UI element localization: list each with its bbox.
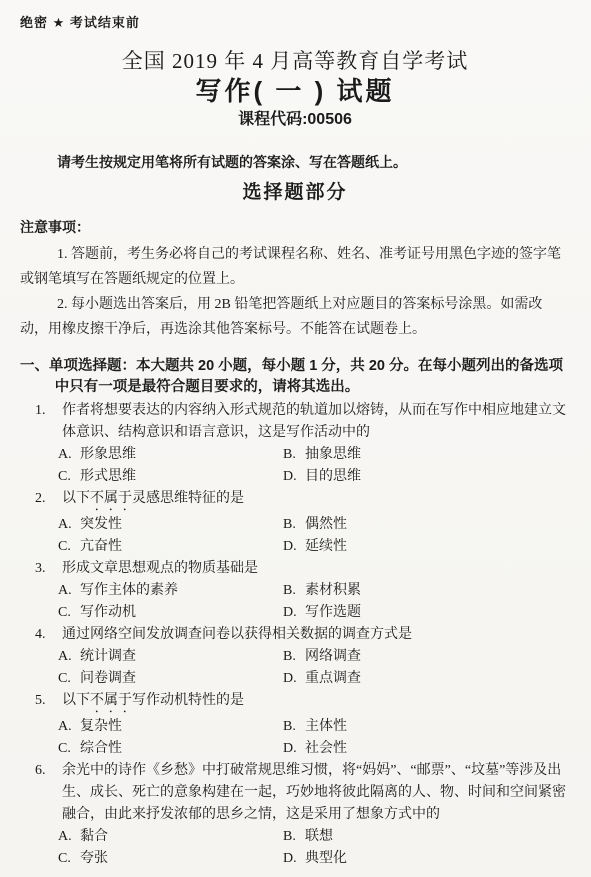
option: C.写作动机 — [58, 602, 283, 624]
option-text: 写作选题 — [305, 605, 361, 620]
option-text: 联想 — [305, 829, 333, 844]
note-1: 1. 答题前，考生务必将自己的考试课程名称、姓名、准考证号用黑色字迹的签字笔或钢… — [20, 242, 570, 292]
option-label: D. — [283, 848, 305, 870]
option-label: A. — [58, 716, 80, 738]
option-text: 重点调查 — [305, 671, 361, 686]
part-title: 选择题部分 — [20, 180, 570, 206]
option-text: 形象思维 — [80, 447, 136, 462]
option-text: 抽象思维 — [305, 447, 361, 462]
option-text: 偶然性 — [305, 517, 347, 532]
question: 2.以下不属于灵感思维特征的是 A.突发性 B.偶然性 C.亢奋性 D.延续性 — [20, 488, 570, 558]
question-text: 以下不属于写作动机特性的是 — [62, 693, 244, 708]
option-grid: A.黏合 B.联想 C.夸张 D.典型化 — [58, 826, 570, 870]
security-label: 绝密 ★ 考试结束前 — [20, 14, 570, 32]
option-text: 典型化 — [305, 851, 347, 866]
option-label: B. — [283, 716, 305, 738]
option-text: 网络调查 — [305, 649, 361, 664]
option: B.主体性 — [283, 716, 570, 738]
option: D.目的思维 — [283, 466, 570, 488]
option: B.素材积累 — [283, 580, 570, 602]
question-number: 3. — [35, 558, 62, 580]
question-number: 2. — [35, 488, 62, 510]
option: A.形象思维 — [58, 444, 283, 466]
option-grid: A.形象思维 B.抽象思维 C.形式思维 D.目的思维 — [58, 444, 570, 488]
answer-instruction: 请考生按规定用笔将所有试题的答案涂、写在答题纸上。 — [57, 152, 570, 172]
question-number: 6. — [35, 760, 62, 782]
option-label: C. — [58, 848, 80, 870]
option-label: C. — [58, 536, 80, 558]
question-text: 通过网络空间发放调查问卷以获得相关数据的调查方式是 — [62, 627, 412, 642]
option-text: 统计调查 — [80, 649, 136, 664]
emphasized-text: 不属于 — [90, 693, 132, 708]
option-label: B. — [283, 580, 305, 602]
option-label: D. — [283, 668, 305, 690]
question-list: 1.作者将想要表达的内容纳入形式规范的轨道加以熔铸，从而在写作中相应地建立文体意… — [20, 400, 570, 870]
option-label: A. — [58, 444, 80, 466]
option-text: 亢奋性 — [80, 539, 122, 554]
option: A.复杂性 — [58, 716, 283, 738]
option-grid: A.写作主体的素养 B.素材积累 C.写作动机 D.写作选题 — [58, 580, 570, 624]
option-label: A. — [58, 826, 80, 848]
option: B.偶然性 — [283, 514, 570, 536]
option-text: 目的思维 — [305, 469, 361, 484]
question-text: 余光中的诗作《乡愁》中打破常规思维习惯，将“妈妈”、“邮票”、“坟墓”等涉及出生… — [62, 763, 566, 822]
option-label: B. — [283, 646, 305, 668]
paper-title: 写作( 一 ) 试题 — [20, 76, 570, 106]
question-number: 1. — [35, 400, 62, 422]
option-label: D. — [283, 738, 305, 760]
option-text: 问卷调查 — [80, 671, 136, 686]
option-label: C. — [58, 466, 80, 488]
option-text: 复杂性 — [80, 719, 122, 734]
option: A.突发性 — [58, 514, 283, 536]
question-text: 以下不属于灵感思维特征的是 — [62, 491, 244, 506]
question-line: 3.形成文章思想观点的物质基础是 — [62, 558, 570, 580]
note-2: 2. 每小题选出答案后，用 2B 铅笔把答题纸上对应题目的答案标号涂黑。如需改动… — [20, 292, 570, 342]
option-text: 突发性 — [80, 517, 122, 532]
option: D.社会性 — [283, 738, 570, 760]
option-text: 夸张 — [80, 851, 108, 866]
option-text: 素材积累 — [305, 583, 361, 598]
option-label: A. — [58, 580, 80, 602]
option-grid: A.统计调查 B.网络调查 C.问卷调查 D.重点调查 — [58, 646, 570, 690]
option-label: C. — [58, 668, 80, 690]
option-label: B. — [283, 826, 305, 848]
option-text: 写作主体的素养 — [80, 583, 178, 598]
emphasized-text: 不属于 — [90, 491, 132, 506]
question-line: 2.以下不属于灵感思维特征的是 — [62, 488, 570, 514]
question-line: 5.以下不属于写作动机特性的是 — [62, 690, 570, 716]
option: B.网络调查 — [283, 646, 570, 668]
question: 4.通过网络空间发放调查问卷以获得相关数据的调查方式是 A.统计调查 B.网络调… — [20, 624, 570, 690]
option-label: D. — [283, 536, 305, 558]
notes-heading: 注意事项： — [20, 218, 570, 236]
question-text: 形成文章思想观点的物质基础是 — [62, 561, 258, 576]
question: 5.以下不属于写作动机特性的是 A.复杂性 B.主体性 C.综合性 D.社会性 — [20, 690, 570, 760]
question-text: 作者将想要表达的内容纳入形式规范的轨道加以熔铸，从而在写作中相应地建立文体意识、… — [62, 403, 566, 440]
option: D.重点调查 — [283, 668, 570, 690]
option-label: A. — [58, 646, 80, 668]
option: B.联想 — [283, 826, 570, 848]
option-text: 延续性 — [305, 539, 347, 554]
option: A.写作主体的素养 — [58, 580, 283, 602]
option-label: B. — [283, 514, 305, 536]
option: D.典型化 — [283, 848, 570, 870]
option-label: D. — [283, 602, 305, 624]
option-text: 主体性 — [305, 719, 347, 734]
option-label: C. — [58, 738, 80, 760]
option-text: 社会性 — [305, 741, 347, 756]
option-label: C. — [58, 602, 80, 624]
option: C.形式思维 — [58, 466, 283, 488]
option-text: 综合性 — [80, 741, 122, 756]
section-one-heading: 一、单项选择题：本大题共 20 小题，每小题 1 分，共 20 分。在每小题列出… — [20, 356, 570, 398]
exam-paper-page: 绝密 ★ 考试结束前 全国 2019 年 4 月高等教育自学考试 写作( 一 )… — [0, 0, 591, 870]
question: 3.形成文章思想观点的物质基础是 A.写作主体的素养 B.素材积累 C.写作动机… — [20, 558, 570, 624]
option: C.问卷调查 — [58, 668, 283, 690]
question-number: 4. — [35, 624, 62, 646]
option: C.综合性 — [58, 738, 283, 760]
option: C.亢奋性 — [58, 536, 283, 558]
option-label: A. — [58, 514, 80, 536]
option-label: B. — [283, 444, 305, 466]
option-text: 形式思维 — [80, 469, 136, 484]
option-grid: A.突发性 B.偶然性 C.亢奋性 D.延续性 — [58, 514, 570, 558]
course-code: 课程代码:00506 — [20, 110, 570, 130]
option: B.抽象思维 — [283, 444, 570, 466]
exam-title: 全国 2019 年 4 月高等教育自学考试 — [20, 48, 570, 74]
question: 6.余光中的诗作《乡愁》中打破常规思维习惯，将“妈妈”、“邮票”、“坟墓”等涉及… — [20, 760, 570, 870]
option: A.黏合 — [58, 826, 283, 848]
option: D.延续性 — [283, 536, 570, 558]
question-line: 4.通过网络空间发放调查问卷以获得相关数据的调查方式是 — [62, 624, 570, 646]
question-number: 5. — [35, 690, 62, 712]
option: A.统计调查 — [58, 646, 283, 668]
option-grid: A.复杂性 B.主体性 C.综合性 D.社会性 — [58, 716, 570, 760]
question-line: 6.余光中的诗作《乡愁》中打破常规思维习惯，将“妈妈”、“邮票”、“坟墓”等涉及… — [62, 760, 570, 826]
option-text: 黏合 — [80, 829, 108, 844]
option-text: 写作动机 — [80, 605, 136, 620]
option: D.写作选题 — [283, 602, 570, 624]
option: C.夸张 — [58, 848, 283, 870]
question-line: 1.作者将想要表达的内容纳入形式规范的轨道加以熔铸，从而在写作中相应地建立文体意… — [62, 400, 570, 444]
question: 1.作者将想要表达的内容纳入形式规范的轨道加以熔铸，从而在写作中相应地建立文体意… — [20, 400, 570, 488]
option-label: D. — [283, 466, 305, 488]
